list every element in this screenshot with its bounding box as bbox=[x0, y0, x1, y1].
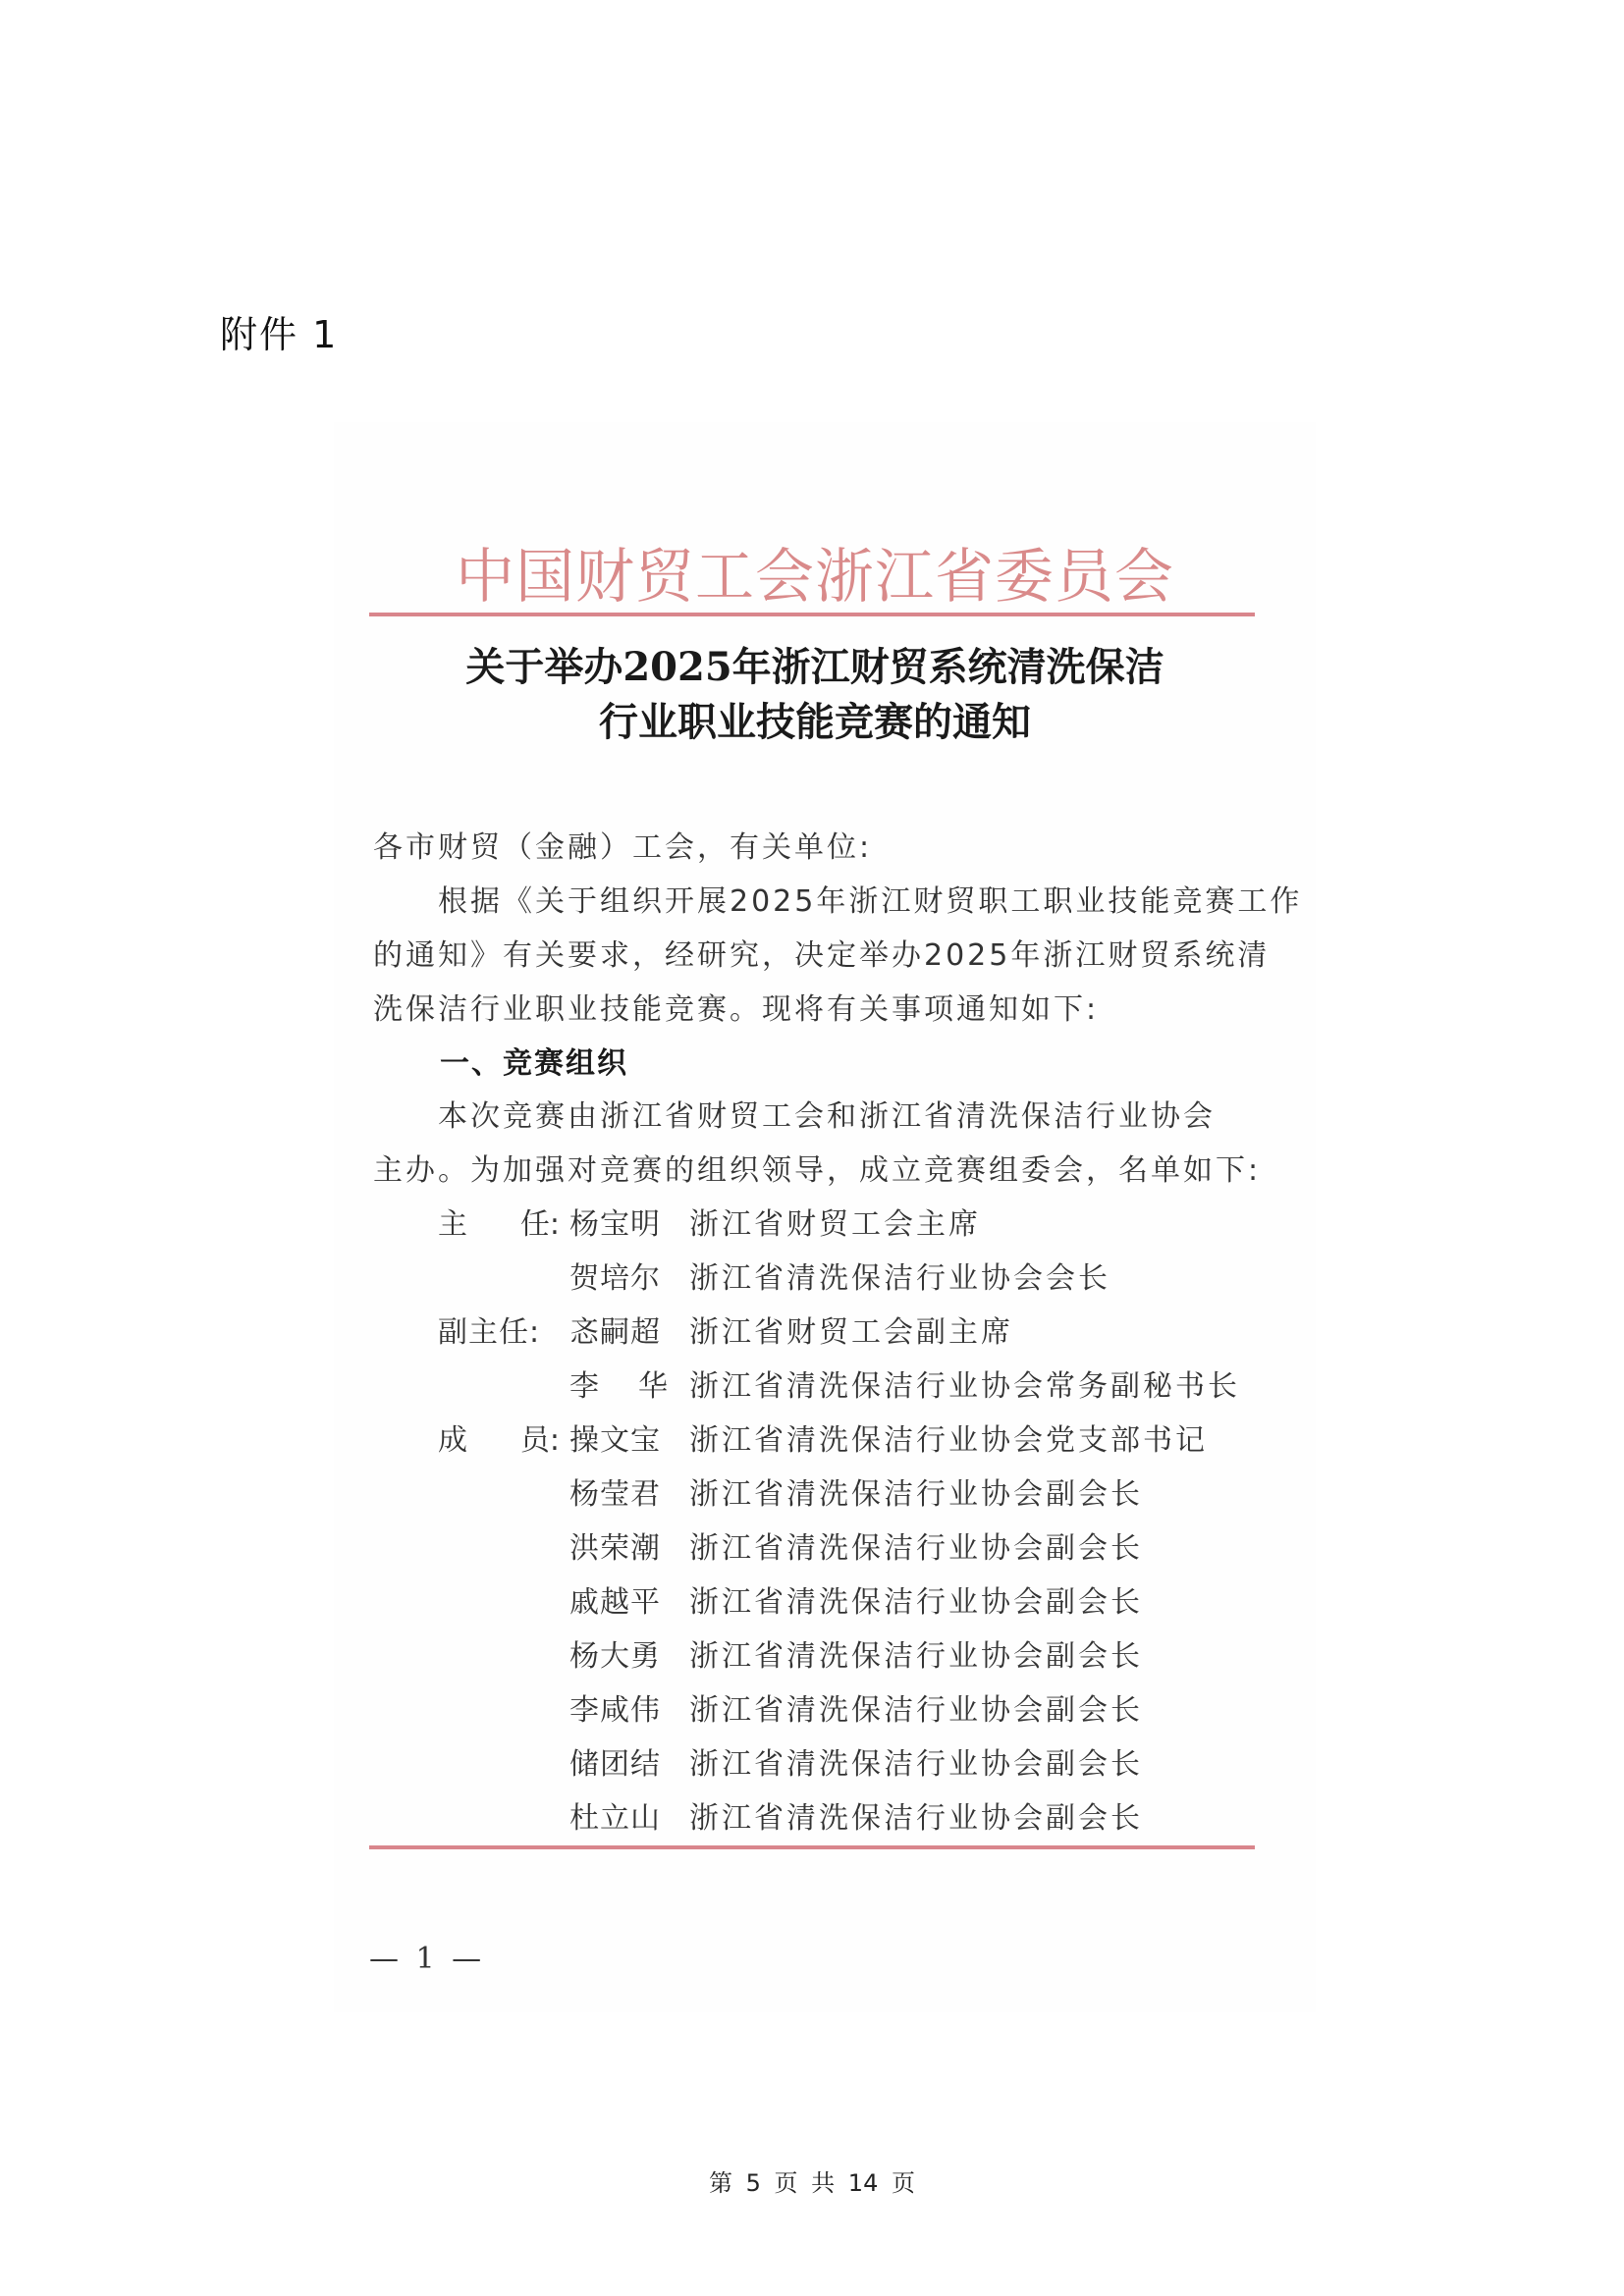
intro-line-3: 洗保洁行业职业技能竞赛。现将有关事项通知如下: bbox=[373, 985, 1257, 1028]
committee-title: 浙江省清洗保洁行业协会副会长 bbox=[689, 1793, 1143, 1837]
committee-name: 李咸伟 bbox=[569, 1685, 677, 1729]
committee-title: 浙江省清洗保洁行业协会副会长 bbox=[689, 1577, 1143, 1621]
committee-name: 洪荣潮 bbox=[569, 1523, 677, 1567]
section-heading: 一、竞赛组织 bbox=[440, 1039, 628, 1082]
committee-title: 浙江省财贸工会副主席 bbox=[689, 1308, 1013, 1351]
committee-title: 浙江省清洗保洁行业协会副会长 bbox=[689, 1739, 1143, 1783]
committee-name: 杨大勇 bbox=[569, 1631, 677, 1675]
page-indicator: 第 5 页 共 14 页 bbox=[0, 2163, 1624, 2198]
committee-role: 成 员: bbox=[438, 1415, 560, 1459]
committee-name: 操文宝 bbox=[569, 1415, 677, 1459]
name-char: 华 bbox=[638, 1362, 668, 1405]
section1-line-2: 主办。为加强对竞赛的组织领导，成立竞赛组委会，名单如下: bbox=[373, 1146, 1257, 1189]
committee-role: 主 任: bbox=[438, 1200, 560, 1243]
committee-title: 浙江省清洗保洁行业协会会长 bbox=[689, 1254, 1110, 1297]
committee-title: 浙江省清洗保洁行业协会党支部书记 bbox=[689, 1415, 1208, 1459]
red-divider-top bbox=[369, 613, 1255, 616]
committee-role: 副主任: bbox=[438, 1308, 566, 1351]
name-char: 李 bbox=[569, 1362, 599, 1405]
title-line-1: 关于举办2025年浙江财贸系统清洗保洁 bbox=[363, 640, 1267, 695]
committee-name: 戚越平 bbox=[569, 1577, 677, 1621]
title-line-2: 行业职业技能竞赛的通知 bbox=[363, 695, 1267, 750]
committee-title: 浙江省清洗保洁行业协会常务副秘书长 bbox=[689, 1362, 1240, 1405]
intro-line-2: 的通知》有关要求，经研究，决定举办2025年浙江财贸系统清 bbox=[373, 931, 1257, 974]
committee-name: 杨宝明 bbox=[569, 1200, 677, 1243]
committee-title: 浙江省清洗保洁行业协会副会长 bbox=[689, 1469, 1143, 1513]
role-char: 任: bbox=[520, 1200, 560, 1243]
committee-title: 浙江省财贸工会主席 bbox=[689, 1200, 981, 1243]
committee-name: 储团结 bbox=[569, 1739, 677, 1783]
document-title: 关于举办2025年浙江财贸系统清洗保洁 行业职业技能竞赛的通知 bbox=[363, 640, 1267, 750]
role-char: 员: bbox=[520, 1415, 560, 1459]
section1-line-1: 本次竞赛由浙江省财贸工会和浙江省清洗保洁行业协会 bbox=[373, 1092, 1257, 1135]
attachment-label: 附件 1 bbox=[220, 304, 338, 358]
role-char: 主 bbox=[438, 1200, 467, 1243]
committee-title: 浙江省清洗保洁行业协会副会长 bbox=[689, 1523, 1143, 1567]
intro-line-1: 根据《关于组织开展2025年浙江财贸职工职业技能竞赛工作 bbox=[373, 877, 1257, 920]
committee-name: 杜立山 bbox=[569, 1793, 677, 1837]
role-char: 成 bbox=[438, 1415, 467, 1459]
document-page-number: — 1 — bbox=[369, 1942, 485, 1976]
committee-title: 浙江省清洗保洁行业协会副会长 bbox=[689, 1631, 1143, 1675]
salutation: 各市财贸（金融）工会，有关单位: bbox=[373, 823, 1257, 866]
issuer-header: 中国财贸工会浙江省委员会 bbox=[363, 530, 1267, 614]
committee-name: 杨莹君 bbox=[569, 1469, 677, 1513]
committee-name: 李 华 bbox=[569, 1362, 668, 1405]
red-divider-bottom bbox=[369, 1845, 1255, 1849]
committee-name: 贺培尔 bbox=[569, 1254, 677, 1297]
committee-name: 忞嗣超 bbox=[569, 1308, 677, 1351]
committee-title: 浙江省清洗保洁行业协会副会长 bbox=[689, 1685, 1143, 1729]
